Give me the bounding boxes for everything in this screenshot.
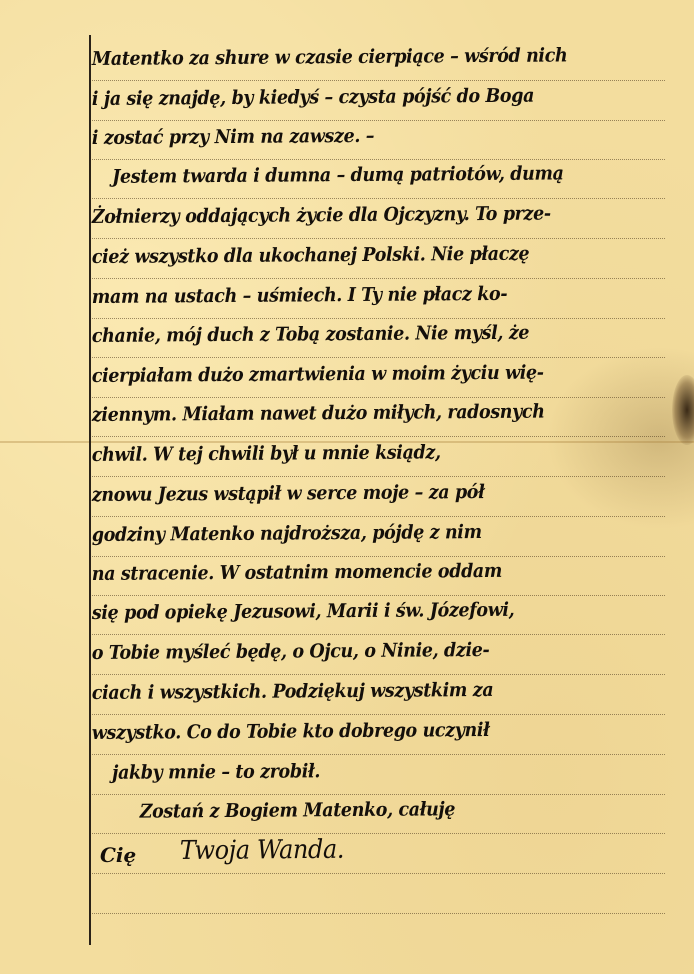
letter-line: chanie, mój duch z Tobą zostanie. Nie my… <box>92 321 635 361</box>
closing-line: Zostań z Bogiem Matenko, całuję <box>92 797 683 837</box>
letter-line: cierpiałam dużo zmartwienia w moim życiu… <box>92 361 635 401</box>
letter-line: Matentko za shure w czasie cierpiące – w… <box>92 44 635 84</box>
letter-line: znowu Jezus wstąpił w serce moje – za pó… <box>92 480 635 520</box>
letter-line: cież wszystko dla ukochanej Polski. Nie … <box>92 242 635 282</box>
letter-paper: Matentko za shure w czasie cierpiące – w… <box>0 0 694 974</box>
letter-line: się pod opiekę Jezusowi, Marii i św. Józ… <box>92 598 635 638</box>
letter-line: mam na ustach – uśmiech. I Ty nie płacz … <box>92 282 635 322</box>
letter-line: chwil. W tej chwili był u mnie ksiądz, <box>92 440 635 480</box>
letter-line: na stracenie. W ostatnim momencie oddam <box>92 559 635 599</box>
letter-line: i zostać przy Nim na zawsze. – <box>92 123 635 163</box>
letter-line: godziny Matenko najdroższa, pójdę z nim <box>92 520 635 560</box>
letter-line: wszystko. Co do Tobie kto dobrego uczyni… <box>92 718 635 758</box>
letter-line: i ja się znajdę, by kiedyś – czysta pójś… <box>92 84 635 124</box>
ruled-line <box>92 913 665 914</box>
letter-line: ciach i wszystkich. Podziękuj wszystkim … <box>92 678 635 718</box>
signature: Twoja Wanda. <box>180 832 694 872</box>
letter-line: Żołnierzy oddających życie dla Ojczyzny.… <box>92 202 635 242</box>
ruled-line <box>92 873 665 874</box>
ink-stain <box>672 375 694 445</box>
letter-line: ziennym. Miałam nawet dużo miłych, rados… <box>92 400 635 440</box>
letter-line: o Tobie myśleć będę, o Ojcu, o Ninie, dz… <box>92 638 635 678</box>
letter-line: Jestem twarda i dumna – dumą patriotów, … <box>92 162 655 202</box>
margin-line <box>89 35 91 945</box>
letter-line: jakby mnie – to zrobił. <box>92 758 655 798</box>
closing-tail: Cię <box>100 843 136 867</box>
